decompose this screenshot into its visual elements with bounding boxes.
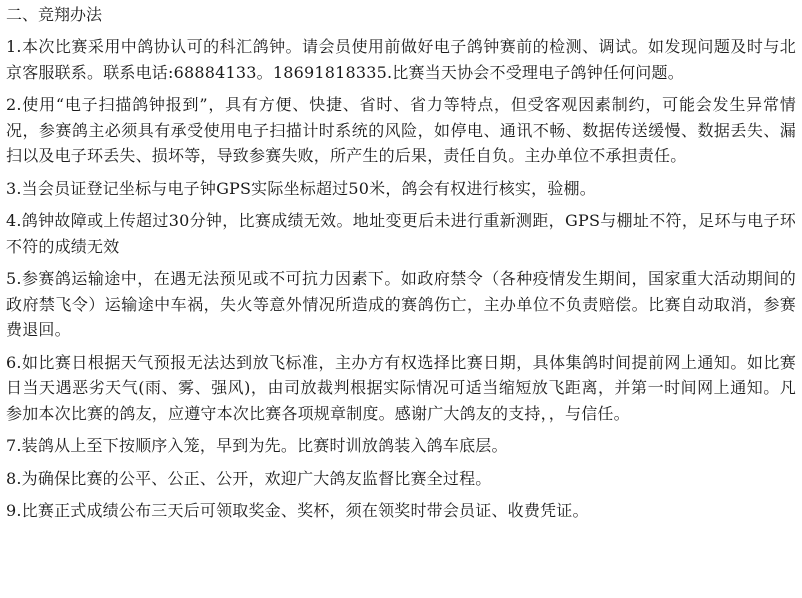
rule-paragraph-1: 1.本次比赛采用中鸽协认可的科汇鸽钟。请会员使用前做好电子鸽钟赛前的检测、调试。…	[6, 34, 796, 85]
rule-paragraph-7: 7.装鸽从上至下按顺序入笼，早到为先。比赛时训放鸽装入鸽车底层。	[6, 433, 796, 459]
rule-paragraph-3: 3.当会员证登记坐标与电子钟GPS实际坐标超过50米，鸽会有权进行核实，验棚。	[6, 176, 796, 202]
rule-paragraph-6: 6.如比赛日根据天气预报无法达到放飞标准，主办方有权选择比赛日期，具体集鸽时间提…	[6, 350, 796, 427]
rule-paragraph-5: 5.参赛鸽运输途中，在遇无法预见或不可抗力因素下。如政府禁令（各种疫情发生期间，…	[6, 266, 796, 343]
rule-paragraph-8: 8.为确保比赛的公平、公正、公开，欢迎广大鸽友监督比赛全过程。	[6, 466, 796, 492]
document-body: 二、竞翔办法 1.本次比赛采用中鸽协认可的科汇鸽钟。请会员使用前做好电子鸽钟赛前…	[6, 2, 796, 524]
section-heading: 二、竞翔办法	[6, 2, 796, 27]
rule-paragraph-2: 2.使用“电子扫描鸽钟报到”，具有方便、快捷、省时、省力等特点，但受客观因素制约…	[6, 92, 796, 169]
rule-paragraph-4: 4.鸽钟故障或上传超过30分钟，比赛成绩无效。地址变更后未进行重新测距，GPS与…	[6, 208, 796, 259]
rule-paragraph-9: 9.比赛正式成绩公布三天后可领取奖金、奖杯，须在领奖时带会员证、收费凭证。	[6, 498, 796, 524]
